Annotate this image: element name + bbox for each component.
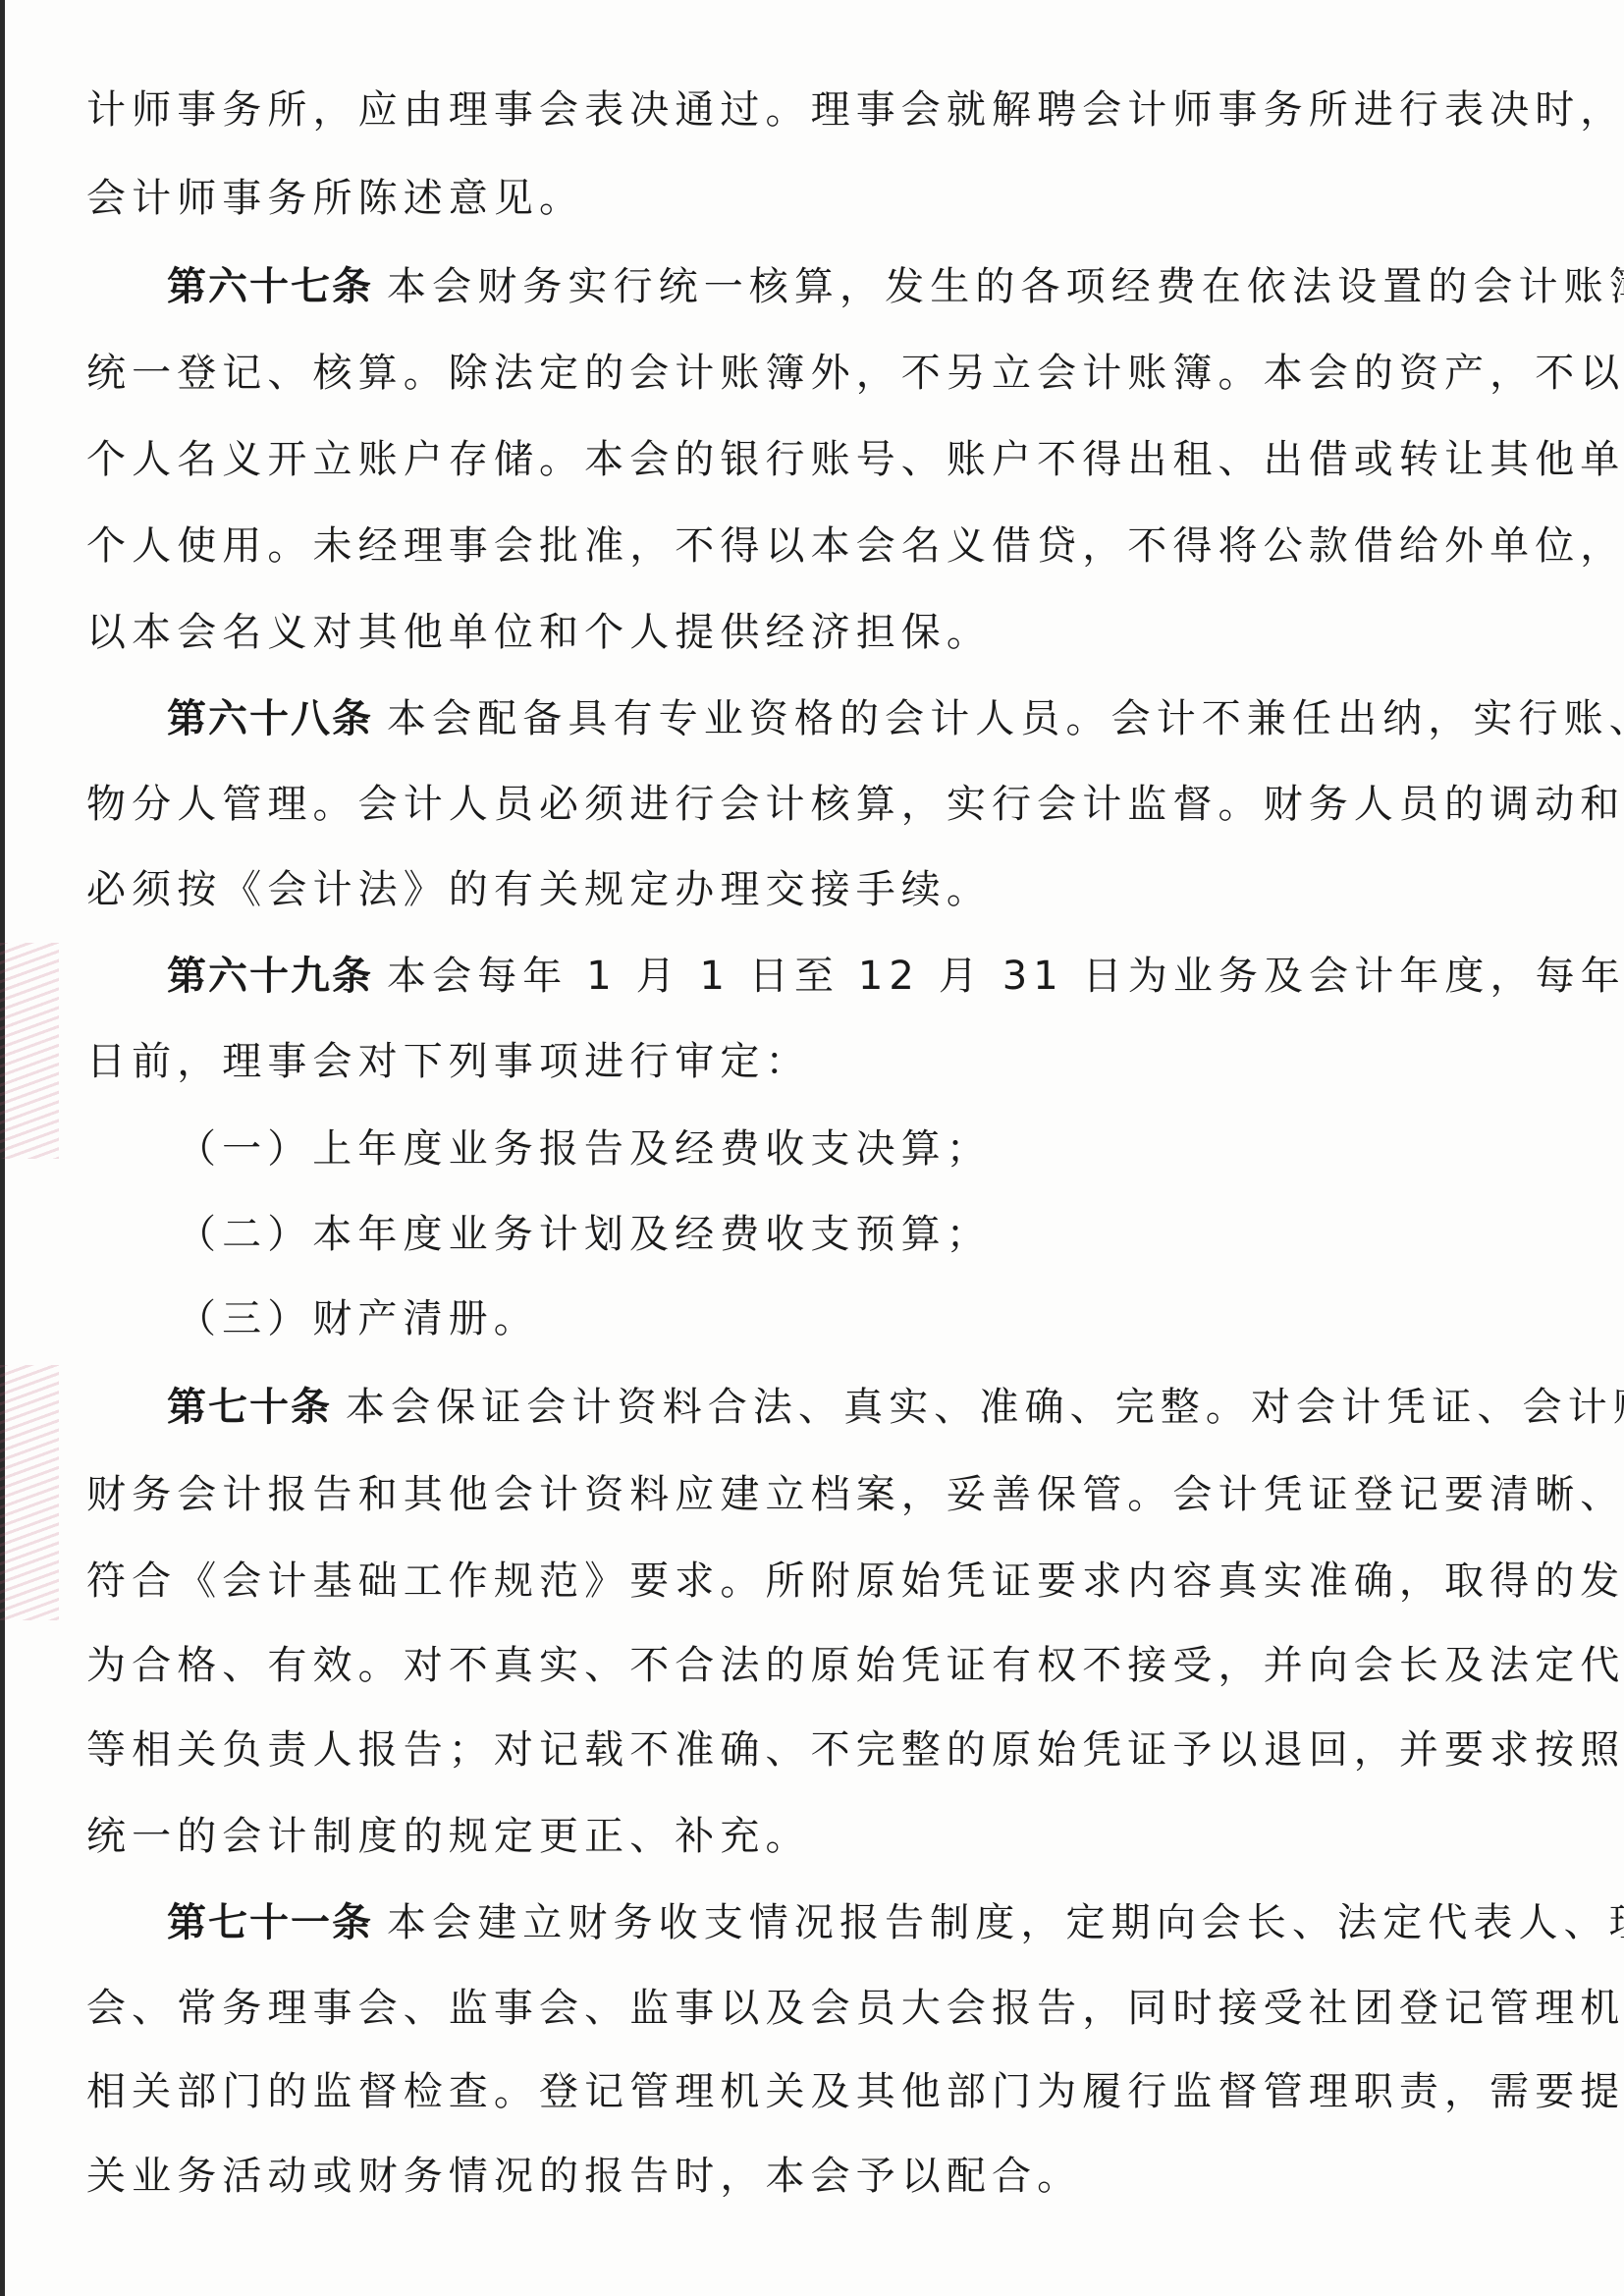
line-text: 财务会计报告和其他会计资料应建立档案，妥善保管。会计凭证登记要清晰、工整， xyxy=(86,1472,1624,1517)
line-text: 会、常务理事会、监事会、监事以及会员大会报告，同时接受社团登记管理机关和 xyxy=(86,1986,1624,2031)
article-heading: 第六十七条 xyxy=(167,264,373,309)
list-item: （一）上年度业务报告及经费收支决算； xyxy=(177,1120,1624,1178)
line-text: 等相关负责人报告；对记载不准确、不完整的原始凭证予以退回，并要求按照国家 xyxy=(86,1727,1624,1773)
scanned-document-page: 计师事务所，应由理事会表决通过。理事会就解聘会计师事务所进行表决时，允许 会计师… xyxy=(0,0,1624,2296)
line-text: （三）财产清册。 xyxy=(177,1296,539,1341)
article-heading: 第七十条 xyxy=(167,1385,332,1430)
text-line: 物分人管理。会计人员必须进行会计核算，实行会计监督。财务人员的调动和离职， xyxy=(86,775,1559,834)
line-text: 必须按《会计法》的有关规定办理交接手续。 xyxy=(86,867,992,912)
line-text: 物分人管理。会计人员必须进行会计核算，实行会计监督。财务人员的调动和离职， xyxy=(86,782,1624,827)
text-line: 财务会计报告和其他会计资料应建立档案，妥善保管。会计凭证登记要清晰、工整， xyxy=(86,1465,1559,1524)
text-line: 个人名义开立账户存储。本会的银行账号、账户不得出租、出借或转让其他单位或 xyxy=(86,430,1559,489)
line-text: 日前，理事会对下列事项进行审定： xyxy=(86,1039,811,1084)
line-text: 为合格、有效。对不真实、不合法的原始凭证有权不接受，并向会长及法定代表人 xyxy=(86,1643,1624,1688)
line-text: 本会配备具有专业资格的会计人员。会计不兼任出纳，实行账、钱、 xyxy=(387,696,1624,741)
line-text: 个人使用。未经理事会批准，不得以本会名义借贷，不得将公款借给外单位，不得 xyxy=(86,523,1624,569)
line-text: 统一登记、核算。除法定的会计账簿外，不另立会计账簿。本会的资产，不以任何 xyxy=(86,351,1624,396)
line-text: 统一的会计制度的规定更正、补充。 xyxy=(86,1814,811,1859)
line-text: （二）本年度业务计划及经费收支预算； xyxy=(177,1212,992,1257)
text-line: 个人使用。未经理事会批准，不得以本会名义借贷，不得将公款借给外单位，不得 xyxy=(86,517,1559,575)
article-heading: 第七十一条 xyxy=(167,1900,373,1945)
line-text: 个人名义开立账户存储。本会的银行账号、账户不得出租、出借或转让其他单位或 xyxy=(86,437,1624,482)
red-seal-fragment-bottom xyxy=(0,1365,59,1620)
article-heading: 第六十八条 xyxy=(167,696,373,741)
line-text: 本会财务实行统一核算，发生的各项经费在依法设置的会计账簿上 xyxy=(387,264,1624,309)
text-line: 关业务活动或财务情况的报告时，本会予以配合。 xyxy=(86,2147,1559,2206)
text-line: 以本会名义对其他单位和个人提供经济担保。 xyxy=(86,603,1559,662)
text-line: 符合《会计基础工作规范》要求。所附原始凭证要求内容真实准确，取得的发票应 xyxy=(86,1552,1559,1611)
text-line: 等相关负责人报告；对记载不准确、不完整的原始凭证予以退回，并要求按照国家 xyxy=(86,1721,1559,1779)
line-text: （一）上年度业务报告及经费收支决算； xyxy=(177,1126,992,1172)
text-line: 相关部门的监督检查。登记管理机关及其他部门为履行监督管理职责，需要提交有 xyxy=(86,2062,1559,2121)
line-text: 关业务活动或财务情况的报告时，本会予以配合。 xyxy=(86,2154,1082,2199)
text-line: 为合格、有效。对不真实、不合法的原始凭证有权不接受，并向会长及法定代表人 xyxy=(86,1636,1559,1695)
text-line: 计师事务所，应由理事会表决通过。理事会就解聘会计师事务所进行表决时，允许 xyxy=(86,81,1559,139)
article-69-first-line: 第六十九条本会每年 1 月 1 日至 12 月 31 日为业务及会计年度，每年 … xyxy=(167,947,1624,1006)
line-text: 以本会名义对其他单位和个人提供经济担保。 xyxy=(86,610,992,655)
text-line: 会、常务理事会、监事会、监事以及会员大会报告，同时接受社团登记管理机关和 xyxy=(86,1979,1559,2038)
line-text: 本会建立财务收支情况报告制度，定期向会长、法定代表人、理事 xyxy=(387,1900,1624,1945)
text-line: 日前，理事会对下列事项进行审定： xyxy=(86,1032,1559,1091)
article-71-first-line: 第七十一条本会建立财务收支情况报告制度，定期向会长、法定代表人、理事 xyxy=(167,1893,1624,1952)
list-item: （二）本年度业务计划及经费收支预算； xyxy=(177,1205,1624,1264)
text-line: 会计师事务所陈述意见。 xyxy=(86,169,1559,228)
line-text: 符合《会计基础工作规范》要求。所附原始凭证要求内容真实准确，取得的发票应 xyxy=(86,1558,1624,1604)
article-70-first-line: 第七十条本会保证会计资料合法、真实、准确、完整。对会计凭证、会计账簿、 xyxy=(167,1378,1624,1437)
line-text: 本会每年 1 月 1 日至 12 月 31 日为业务及会计年度，每年 3 月 3… xyxy=(387,954,1624,999)
red-seal-fragment-top xyxy=(0,943,59,1159)
text-line: 统一登记、核算。除法定的会计账簿外，不另立会计账簿。本会的资产，不以任何 xyxy=(86,344,1559,403)
line-text: 本会保证会计资料合法、真实、准确、完整。对会计凭证、会计账簿、 xyxy=(346,1385,1624,1430)
article-67-first-line: 第六十七条本会财务实行统一核算，发生的各项经费在依法设置的会计账簿上 xyxy=(167,257,1624,316)
text-line: 必须按《会计法》的有关规定办理交接手续。 xyxy=(86,860,1559,919)
article-68-first-line: 第六十八条本会配备具有专业资格的会计人员。会计不兼任出纳，实行账、钱、 xyxy=(167,689,1624,748)
text-line: 统一的会计制度的规定更正、补充。 xyxy=(86,1807,1559,1866)
line-text: 相关部门的监督检查。登记管理机关及其他部门为履行监督管理职责，需要提交有 xyxy=(86,2069,1624,2114)
list-item: （三）财产清册。 xyxy=(177,1289,1624,1348)
line-text: 计师事务所，应由理事会表决通过。理事会就解聘会计师事务所进行表决时，允许 xyxy=(86,87,1624,133)
line-text: 会计师事务所陈述意见。 xyxy=(86,176,584,221)
article-heading: 第六十九条 xyxy=(167,954,373,999)
